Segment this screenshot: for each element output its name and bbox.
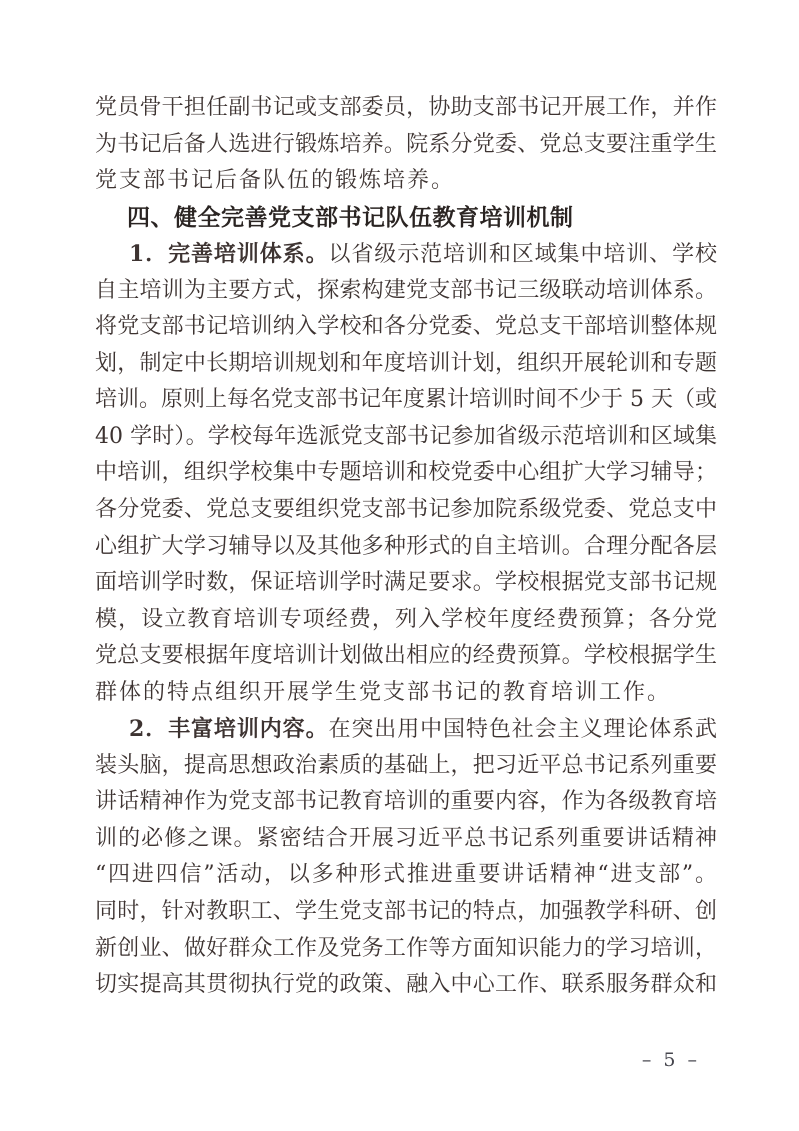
body-line: 面培训学时数，保证培训学时满足要求。学校根据党支部书记规 [95,565,717,602]
body-line: 将党支部书记培训纳入学校和各分党委、党总支干部培训整体规 [95,309,717,346]
item-first-line-text: 在突出用中国特色社会主义理论体系武 [328,717,717,742]
body-line: 新创业、做好群众工作及党务工作等方面知识能力的学习培训， [95,931,717,968]
body-line: 心组扩大学习辅导以及其他多种形式的自主培训。合理分配各层 [95,529,717,566]
section-heading: 四、健全完善党支部书记队伍教育培训机制 [95,200,717,237]
body-line: 同时，针对教职工、学生党支部书记的特点，加强教学科研、创 [95,894,717,931]
document-body: 党员骨干担任副书记或支部委员，协助支部书记开展工作，并作 为书记后备人选进行锻炼… [95,90,717,1004]
body-line: 为书记后备人选进行锻炼培养。院系分党委、党总支要注重学生 [95,127,717,164]
body-line: 切实提高其贯彻执行党的政策、融入中心工作、联系服务群众和 [95,967,717,1004]
body-line: 40 学时）。学校每年选派党支部书记参加省级示范培训和区域集 [95,419,717,456]
item-number-label: 1．完善培训体系。 [129,241,328,267]
body-line: 各分党委、党总支要组织党支部书记参加院系级党委、党总支中 [95,492,717,529]
item-first-line-text: 以省级示范培训和区域集中培训、学校 [328,242,717,267]
document-page: 党员骨干担任副书记或支部委员，协助支部书记开展工作，并作 为书记后备人选进行锻炼… [0,0,799,1131]
item-number-label: 2．丰富培训内容。 [129,716,328,742]
body-line: 模，设立教育培训专项经费，列入学校年度经费预算；各分党委、 [95,602,717,639]
body-line: 党员骨干担任副书记或支部委员，协助支部书记开展工作，并作 [95,90,717,127]
body-line: 训的必修之课。紧密结合开展习近平总书记系列重要讲话精神 [95,821,717,858]
body-line: 划，制定中长期培训规划和年度培训计划，组织开展轮训和专题 [95,346,717,383]
item-first-line: 1．完善培训体系。以省级示范培训和区域集中培训、学校 [95,236,717,273]
body-line: 培训。原则上每名党支部书记年度累计培训时间不少于 5 天（或 [95,382,717,419]
body-line: 讲话精神作为党支部书记教育培训的重要内容，作为各级教育培 [95,784,717,821]
item-first-line: 2．丰富培训内容。在突出用中国特色社会主义理论体系武 [95,711,717,748]
body-line: “四进四信”活动，以多种形式推进重要讲话精神“进支部”。 [95,857,717,894]
body-line: 党总支要根据年度培训计划做出相应的经费预算。学校根据学生 [95,638,717,675]
body-line: 自主培训为主要方式，探索构建党支部书记三级联动培训体系。 [95,273,717,310]
body-line: 群体的特点组织开展学生党支部书记的教育培训工作。 [95,675,717,712]
body-line: 中培训，组织学校集中专题培训和校党委中心组扩大学习辅导； [95,455,717,492]
body-line: 装头脑，提高思想政治素质的基础上，把习近平总书记系列重要 [95,748,717,785]
body-line: 党支部书记后备队伍的锻炼培养。 [95,163,717,200]
page-number: – 5 – [642,1049,700,1071]
